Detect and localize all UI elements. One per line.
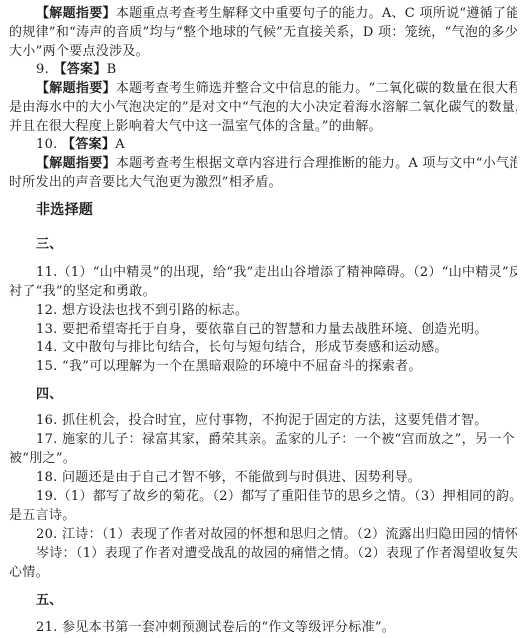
list-item: 是五言诗。 — [9, 506, 517, 525]
q9-analysis-line-2: 是由海水中的大小气泡决定的”是对文中“气泡的大小决定着海水溶解二氧化碳气的数量， — [9, 98, 517, 117]
q10-answer: 10. 【答案】A — [36, 135, 517, 154]
analysis-label: 【解题指要】 — [36, 6, 116, 21]
q10-analysis-line-2: 时所发出的声音要比大气泡更为激烈”相矛盾。 — [9, 173, 517, 192]
q10-analysis-line-1: 【解题指要】本题考查考生根据文章内容进行合理推断的能力。A 项与文中“小气泡爆裂 — [36, 154, 517, 173]
list-item: 11.（1）“山中精灵”的出现，给“我”走出山谷增添了精神障碍。（2）“山中精灵… — [36, 263, 517, 282]
answer-label: 【答案】 — [62, 137, 115, 152]
answer-value: B — [107, 62, 117, 77]
list-item: 15. “我”可以理解为一个在黑暗艰险的环境中不屈奋斗的探索者。 — [36, 357, 517, 376]
list-item: 17. 施家的儿子：禄富其家，爵荣其亲。孟家的儿子：一个被“宫而放之”，另一个 — [36, 430, 517, 449]
list-item: 衬了“我”的坚定和勇敢。 — [9, 282, 517, 301]
q9-analysis-line-3: 并且在很大程度上影响着大气中这一温室气体的含量。”的曲解。 — [9, 117, 517, 136]
q8-analysis-line-3: 大小”两个要点没涉及。 — [9, 42, 517, 61]
section-3-heading: 三、 — [36, 235, 517, 254]
section-5-heading: 五、 — [36, 591, 517, 610]
q9-analysis-line-1: 【解题指要】本题考查考生筛选并整合文中信息的能力。“二氧化碳的数量在很大程度上 — [36, 79, 517, 98]
q8-analysis-line-2: 的规律”和“涛声的音质”均与“整个地球的气候”无直接关系，D 项：笼统，“气泡的… — [9, 23, 517, 42]
list-item: 13. 要把希望寄托于自身，要依靠自己的智慧和力量去战胜环境、创造光明。 — [36, 320, 517, 339]
answer-label: 【答案】 — [53, 62, 106, 77]
list-item: 12. 想方设法也找不到引路的标志。 — [36, 301, 517, 320]
list-item: 被“刖之”。 — [9, 449, 517, 468]
list-item: 16. 抓住机会，投合时宜，应付事物，不拘泥于固定的方法，这要凭借才智。 — [36, 411, 517, 430]
list-item: 18. 问题还是由于自己才智不够，不能做到与时俱进、因势利导。 — [36, 468, 517, 487]
q8-analysis-line-1: 【解题指要】本题重点考查考生解释文中重要句子的能力。A、C 项所说“遵循了能量守… — [36, 4, 517, 23]
list-item: 21. 参见本书第一套冲刺预测试卷后的“作文等级评分标准”。 — [36, 618, 517, 637]
list-item: 心情。 — [9, 563, 517, 582]
analysis-label: 【解题指要】 — [36, 81, 116, 96]
q9-answer: 9. 【答案】B — [36, 60, 517, 79]
list-item: 20. 江诗：（1）表现了作者对故园的怀想和思归之情。（2）流露出归隐田园的情怀… — [36, 525, 517, 544]
list-item: 19.（1）都写了故乡的菊花。（2）都写了重阳佳节的思乡之情。（3）押相同的韵。… — [36, 487, 517, 506]
section-title: 非选择题 — [36, 201, 517, 220]
section-4-heading: 四、 — [36, 385, 517, 404]
list-item: 14. 文中散句与排比句结合，长句与短句结合，形成节奏感和运动感。 — [36, 338, 517, 357]
analysis-label: 【解题指要】 — [36, 156, 116, 171]
answer-value: A — [115, 137, 125, 152]
list-item: 岑诗：（1）表现了作者对遭受战乱的故园的痛惜之情。（2）表现了作者渴望收复失地的 — [36, 544, 517, 563]
